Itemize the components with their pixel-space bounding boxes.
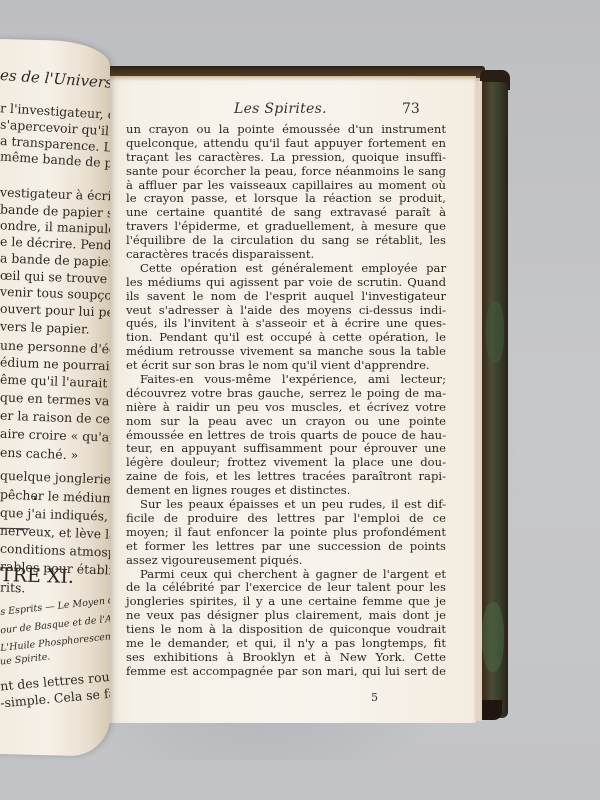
page-number: 73 [402, 101, 420, 117]
text-line: nière à raidir un peu vos muscles, et éc… [126, 401, 446, 415]
text-line: zaine de fois, et les lettres tracées pa… [126, 470, 446, 484]
running-title: Les Spirites. [234, 101, 327, 117]
marbled-paper-patch [482, 602, 504, 672]
body-text: un crayon ou la pointe émoussée d'un ins… [126, 123, 446, 679]
text-line: Sur les peaux épaisses et un peu rudes, … [126, 498, 446, 512]
text-line: traçant les caractères. La pression, quo… [126, 151, 446, 165]
text-line: médium retrousse vivement sa manche sous… [126, 345, 446, 359]
text-line: ne veux pas désigner plus clairement, ma… [126, 609, 446, 623]
text-line: jongleries spirites, il y a une certaine… [126, 595, 446, 609]
text-line: ses exhibitions à Brooklyn et à New York… [126, 651, 446, 665]
text-line: qués, ils l'invitent à s'asseoir et à éc… [126, 317, 446, 331]
text-line: de la célébrité par l'exercice de leur t… [126, 581, 446, 595]
text-line: Parmi ceux qui cherchent à gagner de l'a… [126, 568, 446, 582]
text-line: émoussée en lettres de trois quarts de p… [126, 429, 446, 443]
text-line: assez vigoureusement piqués. [126, 554, 446, 568]
text-line: une certaine quantité de sang extravasé … [126, 206, 446, 220]
text-line: nom sur la peau avec un crayon ou une po… [126, 415, 446, 429]
text-line: l'équilibre de la circulation du sang se… [126, 234, 446, 248]
text-line: tion. Pendant qu'il est occupé à cette o… [126, 331, 446, 345]
text-line: travers l'épiderme, et graduellement, à … [126, 220, 446, 234]
text-line: légère douleur; frottez vivement la plac… [126, 456, 446, 470]
text-line: les médiums qui agissent par voie de scr… [126, 276, 446, 290]
text-line: quelconque, attendu qu'il faut appuyer f… [126, 137, 446, 151]
text-line: découvrez votre bras gauche, serrez le p… [126, 387, 446, 401]
text-line: un crayon ou la pointe émoussée d'un ins… [126, 123, 446, 137]
text-line: Faites-en vous-même l'expérience, ami le… [126, 373, 446, 387]
text-line: veut s'adresser à l'aide des moyens ci-d… [126, 304, 446, 318]
text-line: dement en lignes rouges et distinctes. [126, 484, 446, 498]
text-line: et écrit sur son bras le nom qu'il vient… [126, 359, 446, 373]
signature-mark: 5 [371, 691, 378, 704]
running-head: Les Spirites. 73 [96, 101, 476, 121]
text-line: à affluer par les vaisseaux capillaires … [126, 179, 446, 193]
marbled-paper-patch [486, 302, 504, 362]
text-line: me le demander, et qui, il n'y a pas lon… [126, 637, 446, 651]
right-page: Les Spirites. 73 un crayon ou la pointe … [96, 76, 476, 723]
page-edge-stack [476, 81, 482, 721]
left-page [0, 38, 110, 757]
text-line: moyen; il faut enfoncer la pointe plus p… [126, 526, 446, 540]
text-line: ils savent le nom de l'esprit auquel l'i… [126, 290, 446, 304]
text-line: ficile de produire des lettres par l'emp… [126, 512, 446, 526]
text-line: sante pour écorcher la peau, force néanm… [126, 165, 446, 179]
text-line: caractères tracés disparaissent. [126, 248, 446, 262]
text-line: Cette opération est généralement employé… [126, 262, 446, 276]
text-line: tiens le nom à la disposition de quiconq… [126, 623, 446, 637]
text-line: et former les lettres par une succession… [126, 540, 446, 554]
text-line: le crayon passe, et lorsque la réaction … [126, 192, 446, 206]
text-line: femme est accompagnée par son mari, qui … [126, 665, 446, 679]
text-line: teur, en appuyant suffisamment pour épro… [126, 442, 446, 456]
